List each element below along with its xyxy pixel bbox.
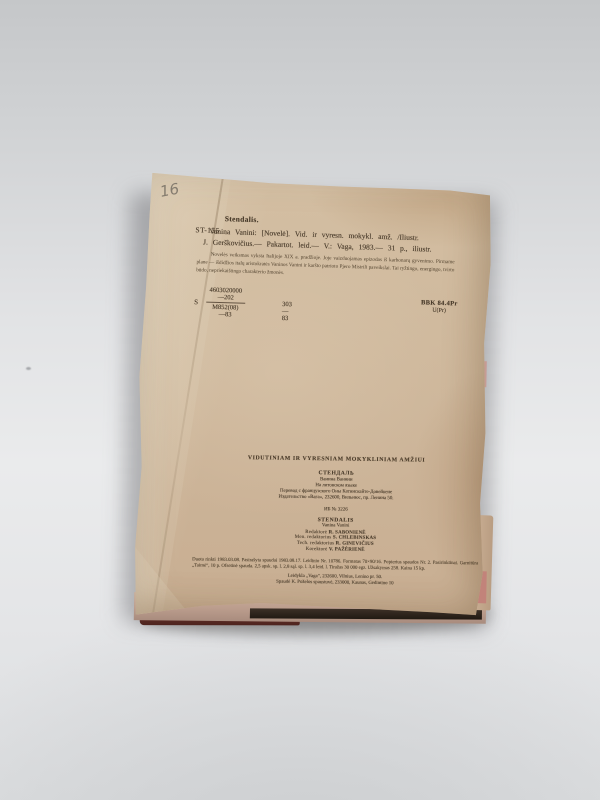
tech-editor-role: Tech. redaktorius (297, 541, 336, 547)
surface-speck (26, 367, 31, 370)
catalog-fraction: 4603020000—202 M852(08)—83 (206, 287, 245, 319)
bbk-block: BBK 84.4Pr U(Pr) (404, 299, 474, 315)
imprint-page: 16 Stendalis. ST-155 Vanina Vanini: [Nov… (132, 167, 497, 626)
catalog-denominator: M852(08)—83 (206, 303, 245, 319)
book: 16 Stendalis. ST-155 Vanina Vanini: [Nov… (132, 167, 499, 636)
photo-background: 16 Stendalis. ST-155 Vanina Vanini: [Nov… (0, 0, 600, 800)
bibliographic-block: Stendalis. ST-155 Vanina Vanini: [Novelė… (141, 164, 497, 175)
author-header: Stendalis. (225, 214, 259, 224)
handwritten-pencil-mark: 16 (158, 180, 180, 201)
proofreader-name: V. PAŽĖRIENĖ (329, 548, 365, 554)
catalog-suffix: 303—83 (282, 301, 292, 322)
catalog-numerator: 4603020000—202 (206, 287, 245, 304)
ib-number: ИБ № 3226 (186, 505, 486, 514)
print-info: Duota rinkti 1983.03.08. Pasirašyta spau… (192, 557, 478, 574)
catalog-prefix: S (194, 298, 198, 306)
tech-editor-name: R. GINEVIČIUS (336, 542, 374, 548)
proofreader-role: Korektorė (306, 547, 329, 552)
colophon-block: VIDUTINIAM IR VYRESNIAM MOKYKLINIAM AMŽI… (185, 454, 487, 588)
